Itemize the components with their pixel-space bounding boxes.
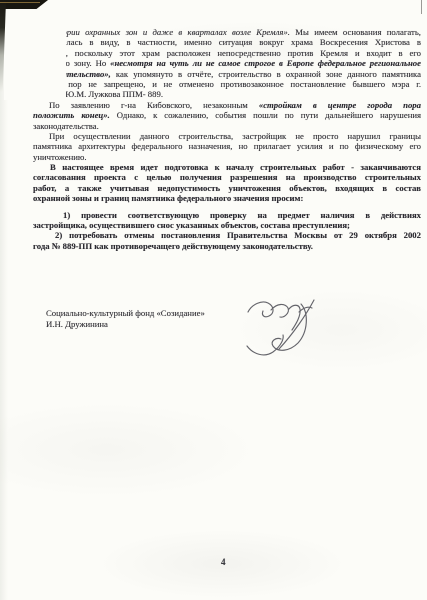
request-item-1: 1) провести соответствующую проверку на …: [33, 210, 421, 231]
signature-person-name: И.Н. Дружинина: [46, 319, 205, 330]
paragraph-construction: При осуществлении данного строительства,…: [33, 131, 421, 162]
text-segment: застройщика, осуществившего снос указанн…: [33, 220, 350, 230]
scan-corner-highlight: [0, 2, 40, 3]
page-corner: [4, 8, 66, 100]
text-line: положить конец». Однако, к сожалению, со…: [33, 110, 421, 120]
text-line: В настоящее время идет подготовка к нача…: [33, 162, 421, 172]
handwritten-signature: [238, 290, 358, 372]
text-line: работ, а также учитывая недопустимость у…: [33, 183, 421, 193]
text-line: до сих пор не запрещено, и не отменено п…: [33, 79, 421, 89]
signature-block: Социально-культурный фонд «Созидание» И.…: [46, 308, 205, 330]
text-segment: По заявлению г-на Кибовского, незаконным: [49, 100, 259, 110]
text-segment: до сих пор не запрещено, и не отменено п…: [33, 79, 421, 89]
paragraph-request-intro: В настоящее время идет подготовка к нача…: [33, 162, 421, 204]
text-segment: как упомянуто в отчёте, строительство в …: [111, 69, 421, 79]
text-line: охранную зону. Но «несмотря на чуть ли н…: [33, 58, 421, 68]
text-segment: При осуществлении данного строительства,…: [49, 131, 421, 141]
text-segment: работ, а также учитывая недопустимость у…: [33, 183, 421, 193]
document-text: территории охранных зон и даже в квартал…: [33, 27, 421, 251]
text-segment: памятника архитектуры федерального назна…: [33, 141, 421, 151]
text-segment: «стройкам в центре города пора: [259, 100, 421, 110]
text-line: законодательство», как упомянуто в отчёт…: [33, 69, 421, 79]
text-line: 2) потребовать отмены постановления Прав…: [33, 230, 421, 240]
text-line: Москвы Ю.М. Лужкова ППМ- 889.: [33, 89, 421, 99]
text-segment: «несмотря на чуть ли не самое строгое в …: [110, 58, 421, 68]
text-segment: согласования проекта с целью получения р…: [33, 172, 421, 182]
text-line: 1) провести соответствующую проверку на …: [33, 210, 421, 220]
text-line: Кадашах, поскольку этот храм расположен …: [33, 48, 421, 58]
text-segment: В настоящее время идет подготовка к нача…: [50, 162, 421, 172]
text-line: года № 889-ПП как противоречащего действ…: [33, 241, 421, 251]
signature-organization: Социально-культурный фонд «Созидание»: [46, 308, 205, 319]
text-line: памятника архитектуры федерального назна…: [33, 141, 421, 151]
paragraph-kibovsky: По заявлению г-на Кибовского, незаконным…: [33, 100, 421, 131]
text-segment: Кадашах, поскольку этот храм расположен …: [33, 48, 421, 58]
text-segment: законодательства.: [33, 121, 99, 131]
text-segment: 1) провести соответствующую проверку на …: [63, 210, 421, 220]
text-line: По заявлению г-на Кибовского, незаконным…: [33, 100, 421, 110]
text-segment: охранной зоны и границ памятника федерал…: [33, 193, 303, 203]
text-line: При осуществлении данного строительства,…: [33, 131, 421, 141]
text-segment: что имелась в виду, в частности, именно …: [33, 37, 421, 47]
text-segment: Однако, к сожалению, события пошли по пу…: [110, 110, 421, 120]
text-segment: положить конец».: [33, 110, 110, 120]
text-line: охранной зоны и границ памятника федерал…: [33, 193, 421, 203]
text-line: застройщика, осуществившего снос указанн…: [33, 220, 421, 230]
text-segment: 2) потребовать отмены постановления Прав…: [55, 230, 421, 240]
text-line: что имелась в виду, в частности, именно …: [33, 37, 421, 47]
text-segment: территории охранных зон и даже в квартал…: [33, 27, 290, 37]
text-segment: уничтожению.: [33, 152, 87, 162]
text-line: законодательства.: [33, 121, 421, 131]
text-segment: Мы имеем основания полагать,: [290, 27, 421, 37]
page-number: 4: [221, 557, 226, 567]
paragraph-continuation: территории охранных зон и даже в квартал…: [33, 27, 421, 100]
text-segment: года № 889-ПП как противоречащего действ…: [33, 241, 313, 251]
text-line: уничтожению.: [33, 152, 421, 162]
request-item-2: 2) потребовать отмены постановления Прав…: [33, 230, 421, 251]
text-line: территории охранных зон и даже в квартал…: [33, 27, 421, 37]
scan-right-edge-line: [421, 0, 422, 14]
text-line: согласования проекта с целью получения р…: [33, 172, 421, 182]
scanned-page: территории охранных зон и даже в квартал…: [0, 0, 427, 600]
